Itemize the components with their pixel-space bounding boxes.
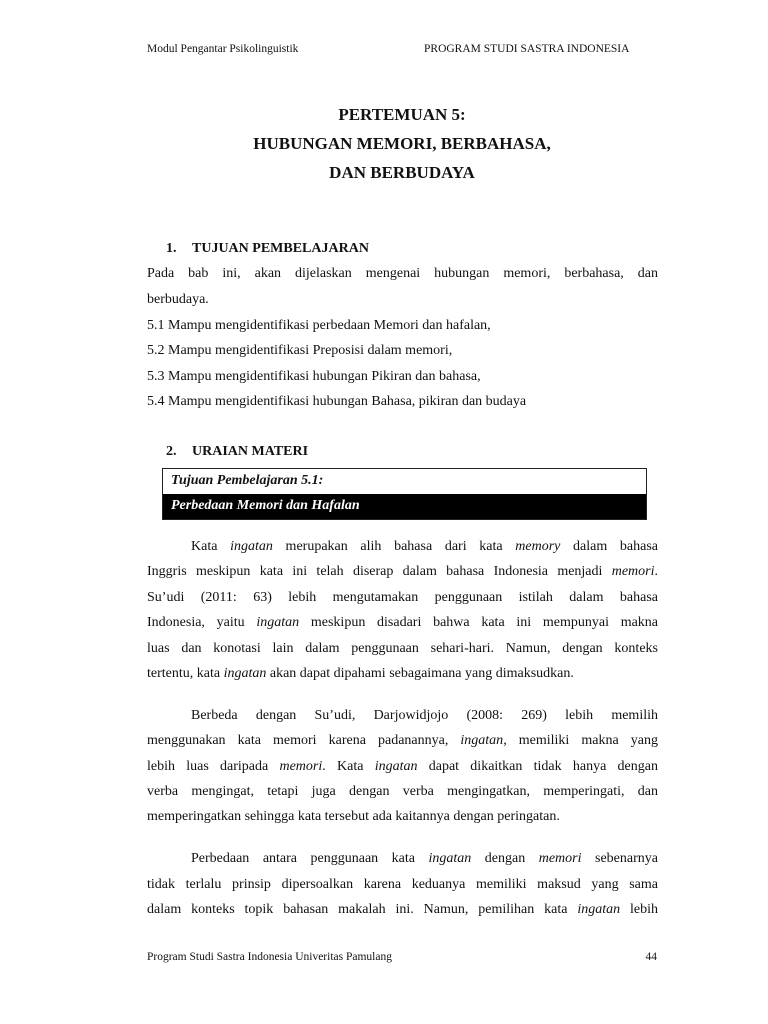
running-header-module-title: Modul Pengantar Psikolinguistik: [147, 42, 298, 56]
objective-item: 5.2 Mampu mengidentifikasi Preposisi dal…: [147, 342, 658, 359]
paragraph-line: dalam konteks topik bahasan makalah ini.…: [147, 901, 658, 918]
chapter-title-line-3: DAN BERBUDAYA: [0, 163, 768, 183]
running-header-program: PROGRAM STUDI SASTRA INDONESIA: [424, 42, 629, 56]
box-title-row: Perbedaan Memori dan Hafalan: [163, 494, 646, 519]
paragraph-line: luas dan konotasi lain dalam penggunaan …: [147, 640, 658, 657]
paragraph-line: tertentu, kata ingatan akan dapat dipaha…: [147, 665, 658, 682]
objective-item: 5.1 Mampu mengidentifikasi perbedaan Mem…: [147, 317, 658, 334]
paragraph-line: Perbedaan antara penggunaan kata ingatan…: [147, 850, 658, 867]
box-title: Perbedaan Memori dan Hafalan: [171, 497, 360, 514]
paragraph-line: memperingatkan sehingga kata tersebut ad…: [147, 808, 658, 825]
paragraph-line: Kata ingatan merupakan alih bahasa dari …: [147, 538, 658, 555]
paragraph-line: verba mengingat, tetapi juga dengan verb…: [147, 783, 658, 800]
box-label: Tujuan Pembelajaran 5.1:: [171, 472, 323, 489]
section-heading-text: URAIAN MATERI: [192, 444, 308, 459]
paragraph-line: tidak terlalu prinsip dipersoalkan karen…: [147, 876, 658, 893]
page-number: 44: [620, 950, 657, 964]
box-label-row: Tujuan Pembelajaran 5.1:: [163, 469, 646, 494]
section-heading-text: TUJUAN PEMBELAJARAN: [192, 241, 369, 256]
section-heading-tujuan: 1.TUJUAN PEMBELAJARAN: [166, 240, 369, 257]
paragraph-line: Su’udi (2011: 63) lebih mengutamakan pen…: [147, 589, 658, 606]
section-heading-uraian: 2.URAIAN MATERI: [166, 443, 308, 460]
section-number: 2.: [166, 443, 192, 460]
intro-text-line: Pada bab ini, akan dijelaskan mengenai h…: [147, 265, 658, 282]
chapter-title-line-2: HUBUNGAN MEMORI, BERBAHASA,: [0, 134, 768, 154]
paragraph-line: Berbeda dengan Su’udi, Darjowidjojo (200…: [147, 707, 658, 724]
section-number: 1.: [166, 240, 192, 257]
paragraph-line: Indonesia, yaitu ingatan meskipun disada…: [147, 614, 658, 631]
objective-item: 5.4 Mampu mengidentifikasi hubungan Baha…: [147, 393, 658, 410]
paragraph-line: Inggris meskipun kata ini telah diserap …: [147, 563, 658, 580]
learning-objective-box: Tujuan Pembelajaran 5.1: Perbedaan Memor…: [162, 468, 647, 520]
paragraph-line: lebih luas daripada memori. Kata ingatan…: [147, 758, 658, 775]
objective-item: 5.3 Mampu mengidentifikasi hubungan Piki…: [147, 368, 658, 385]
intro-text-line: berbudaya.: [147, 291, 658, 308]
footer-institution: Program Studi Sastra Indonesia Univerita…: [147, 950, 392, 964]
chapter-title-line-1: PERTEMUAN 5:: [0, 105, 768, 125]
paragraph-line: menggunakan kata memori karena padananny…: [147, 732, 658, 749]
